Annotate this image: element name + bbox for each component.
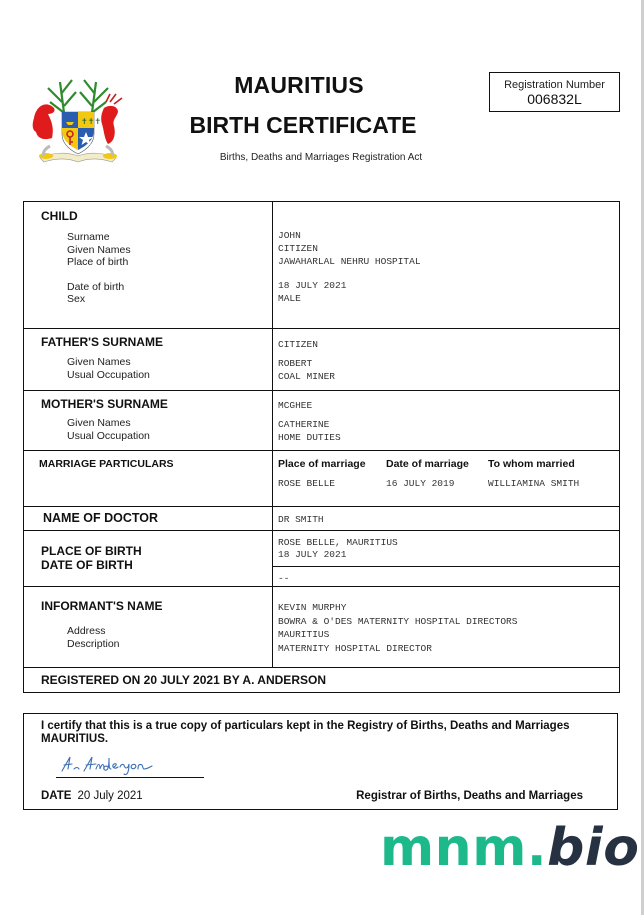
child-surname-value: JOHN <box>278 229 619 242</box>
father-given-names-value: ROBERT <box>278 357 619 370</box>
marriage-spouse-header: To whom married <box>488 458 608 470</box>
father-occupation-value: COAL MINER <box>278 370 619 383</box>
mother-given-names-value: CATHERINE <box>278 418 619 431</box>
informant-address-line-2: MAURITIUS <box>278 628 619 642</box>
registered-section: REGISTERED ON 20 JULY 2021 BY A. ANDERSO… <box>24 668 619 692</box>
child-given-names-label: Given Names <box>67 244 272 257</box>
birth-extra-value: -- <box>278 572 619 585</box>
mother-surname-value: MCGHEE <box>278 399 619 412</box>
registered-statement: REGISTERED ON 20 JULY 2021 BY A. ANDERSO… <box>24 668 619 692</box>
certification-statement: I certify that this is a true copy of pa… <box>41 720 601 746</box>
marriage-heading: MARRIAGE PARTICULARS <box>39 458 272 470</box>
certification-date: DATE20 July 2021 <box>41 790 143 802</box>
marriage-date-value: 16 JULY 2019 <box>386 478 488 489</box>
child-section: CHILD Surname Given Names Place of birth… <box>24 202 619 329</box>
act-subtitle: Births, Deaths and Marriages Registratio… <box>0 152 642 163</box>
informant-address-label: Address <box>67 625 272 638</box>
birth-place-heading: PLACE OF BIRTH <box>41 544 272 558</box>
doctor-heading: NAME OF DOCTOR <box>43 511 272 525</box>
child-surname-label: Surname <box>67 231 272 244</box>
informant-description-label: Description <box>67 638 272 651</box>
father-occupation-label: Usual Occupation <box>67 369 272 382</box>
informant-address-line-1: BOWRA & O'DES MATERNITY HOSPITAL DIRECTO… <box>278 615 619 629</box>
informant-description-value: MATERNITY HOSPITAL DIRECTOR <box>278 642 619 656</box>
marriage-section: MARRIAGE PARTICULARS Place of marriage D… <box>24 451 619 507</box>
marriage-date-header: Date of marriage <box>386 458 488 470</box>
signature-line <box>56 777 204 778</box>
marriage-place-value: ROSE BELLE <box>278 478 386 489</box>
child-given-names-value: CITIZEN <box>278 242 619 255</box>
birth-date-heading: DATE OF BIRTH <box>41 558 272 572</box>
date-value: 20 July 2021 <box>77 790 142 802</box>
registration-number-box: Registration Number 006832L <box>489 72 620 112</box>
child-place-of-birth-value: JAWAHARLAL NEHRU HOSPITAL <box>278 255 619 268</box>
child-date-of-birth-label: Date of birth <box>67 281 272 294</box>
informant-heading: INFORMANT'S NAME <box>41 599 272 613</box>
registrar-title: Registrar of Births, Deaths and Marriage… <box>356 790 583 802</box>
child-heading: CHILD <box>41 209 272 223</box>
logo-part-mnm: mnm <box>380 818 527 878</box>
birth-section: PLACE OF BIRTH DATE OF BIRTH ROSE BELLE,… <box>24 531 619 587</box>
doctor-value: DR SMITH <box>278 513 619 526</box>
registration-label: Registration Number <box>490 79 619 91</box>
logo-dot: . <box>527 818 547 878</box>
child-sex-value: MALE <box>278 292 619 305</box>
mother-section: MOTHER'S SURNAME Given Names Usual Occup… <box>24 391 619 451</box>
father-surname-value: CITIZEN <box>278 338 619 351</box>
child-sex-label: Sex <box>67 293 272 306</box>
marriage-spouse-value: WILLIAMINA SMITH <box>488 478 608 489</box>
father-heading: FATHER'S SURNAME <box>41 335 272 349</box>
registration-number: 006832L <box>490 91 619 107</box>
birth-date-value: 18 JULY 2021 <box>278 549 619 561</box>
father-section: FATHER'S SURNAME Given Names Usual Occup… <box>24 329 619 391</box>
marriage-place-header: Place of marriage <box>278 458 386 470</box>
mother-occupation-value: HOME DUTIES <box>278 431 619 444</box>
child-date-of-birth-value: 18 JULY 2021 <box>278 279 619 292</box>
doctor-section: NAME OF DOCTOR DR SMITH <box>24 507 619 531</box>
mother-heading: MOTHER'S SURNAME <box>41 397 272 411</box>
mother-given-names-label: Given Names <box>67 417 272 430</box>
father-given-names-label: Given Names <box>67 356 272 369</box>
mother-occupation-label: Usual Occupation <box>67 430 272 443</box>
informant-section: INFORMANT'S NAME Address Description KEV… <box>24 587 619 668</box>
certificate-table: CHILD Surname Given Names Place of birth… <box>23 201 620 693</box>
mnm-bio-logo: mnm.bio <box>380 818 639 878</box>
document-title: BIRTH CERTIFICATE <box>0 112 606 139</box>
logo-part-bio: bio <box>547 818 639 878</box>
certification-box: I certify that this is a true copy of pa… <box>23 713 618 810</box>
child-place-of-birth-label: Place of birth <box>67 256 272 269</box>
date-label: DATE <box>41 790 71 802</box>
birth-place-value: ROSE BELLE, MAURITIUS <box>278 537 619 549</box>
informant-name-value: KEVIN MURPHY <box>278 601 619 615</box>
signature-icon <box>58 751 178 777</box>
